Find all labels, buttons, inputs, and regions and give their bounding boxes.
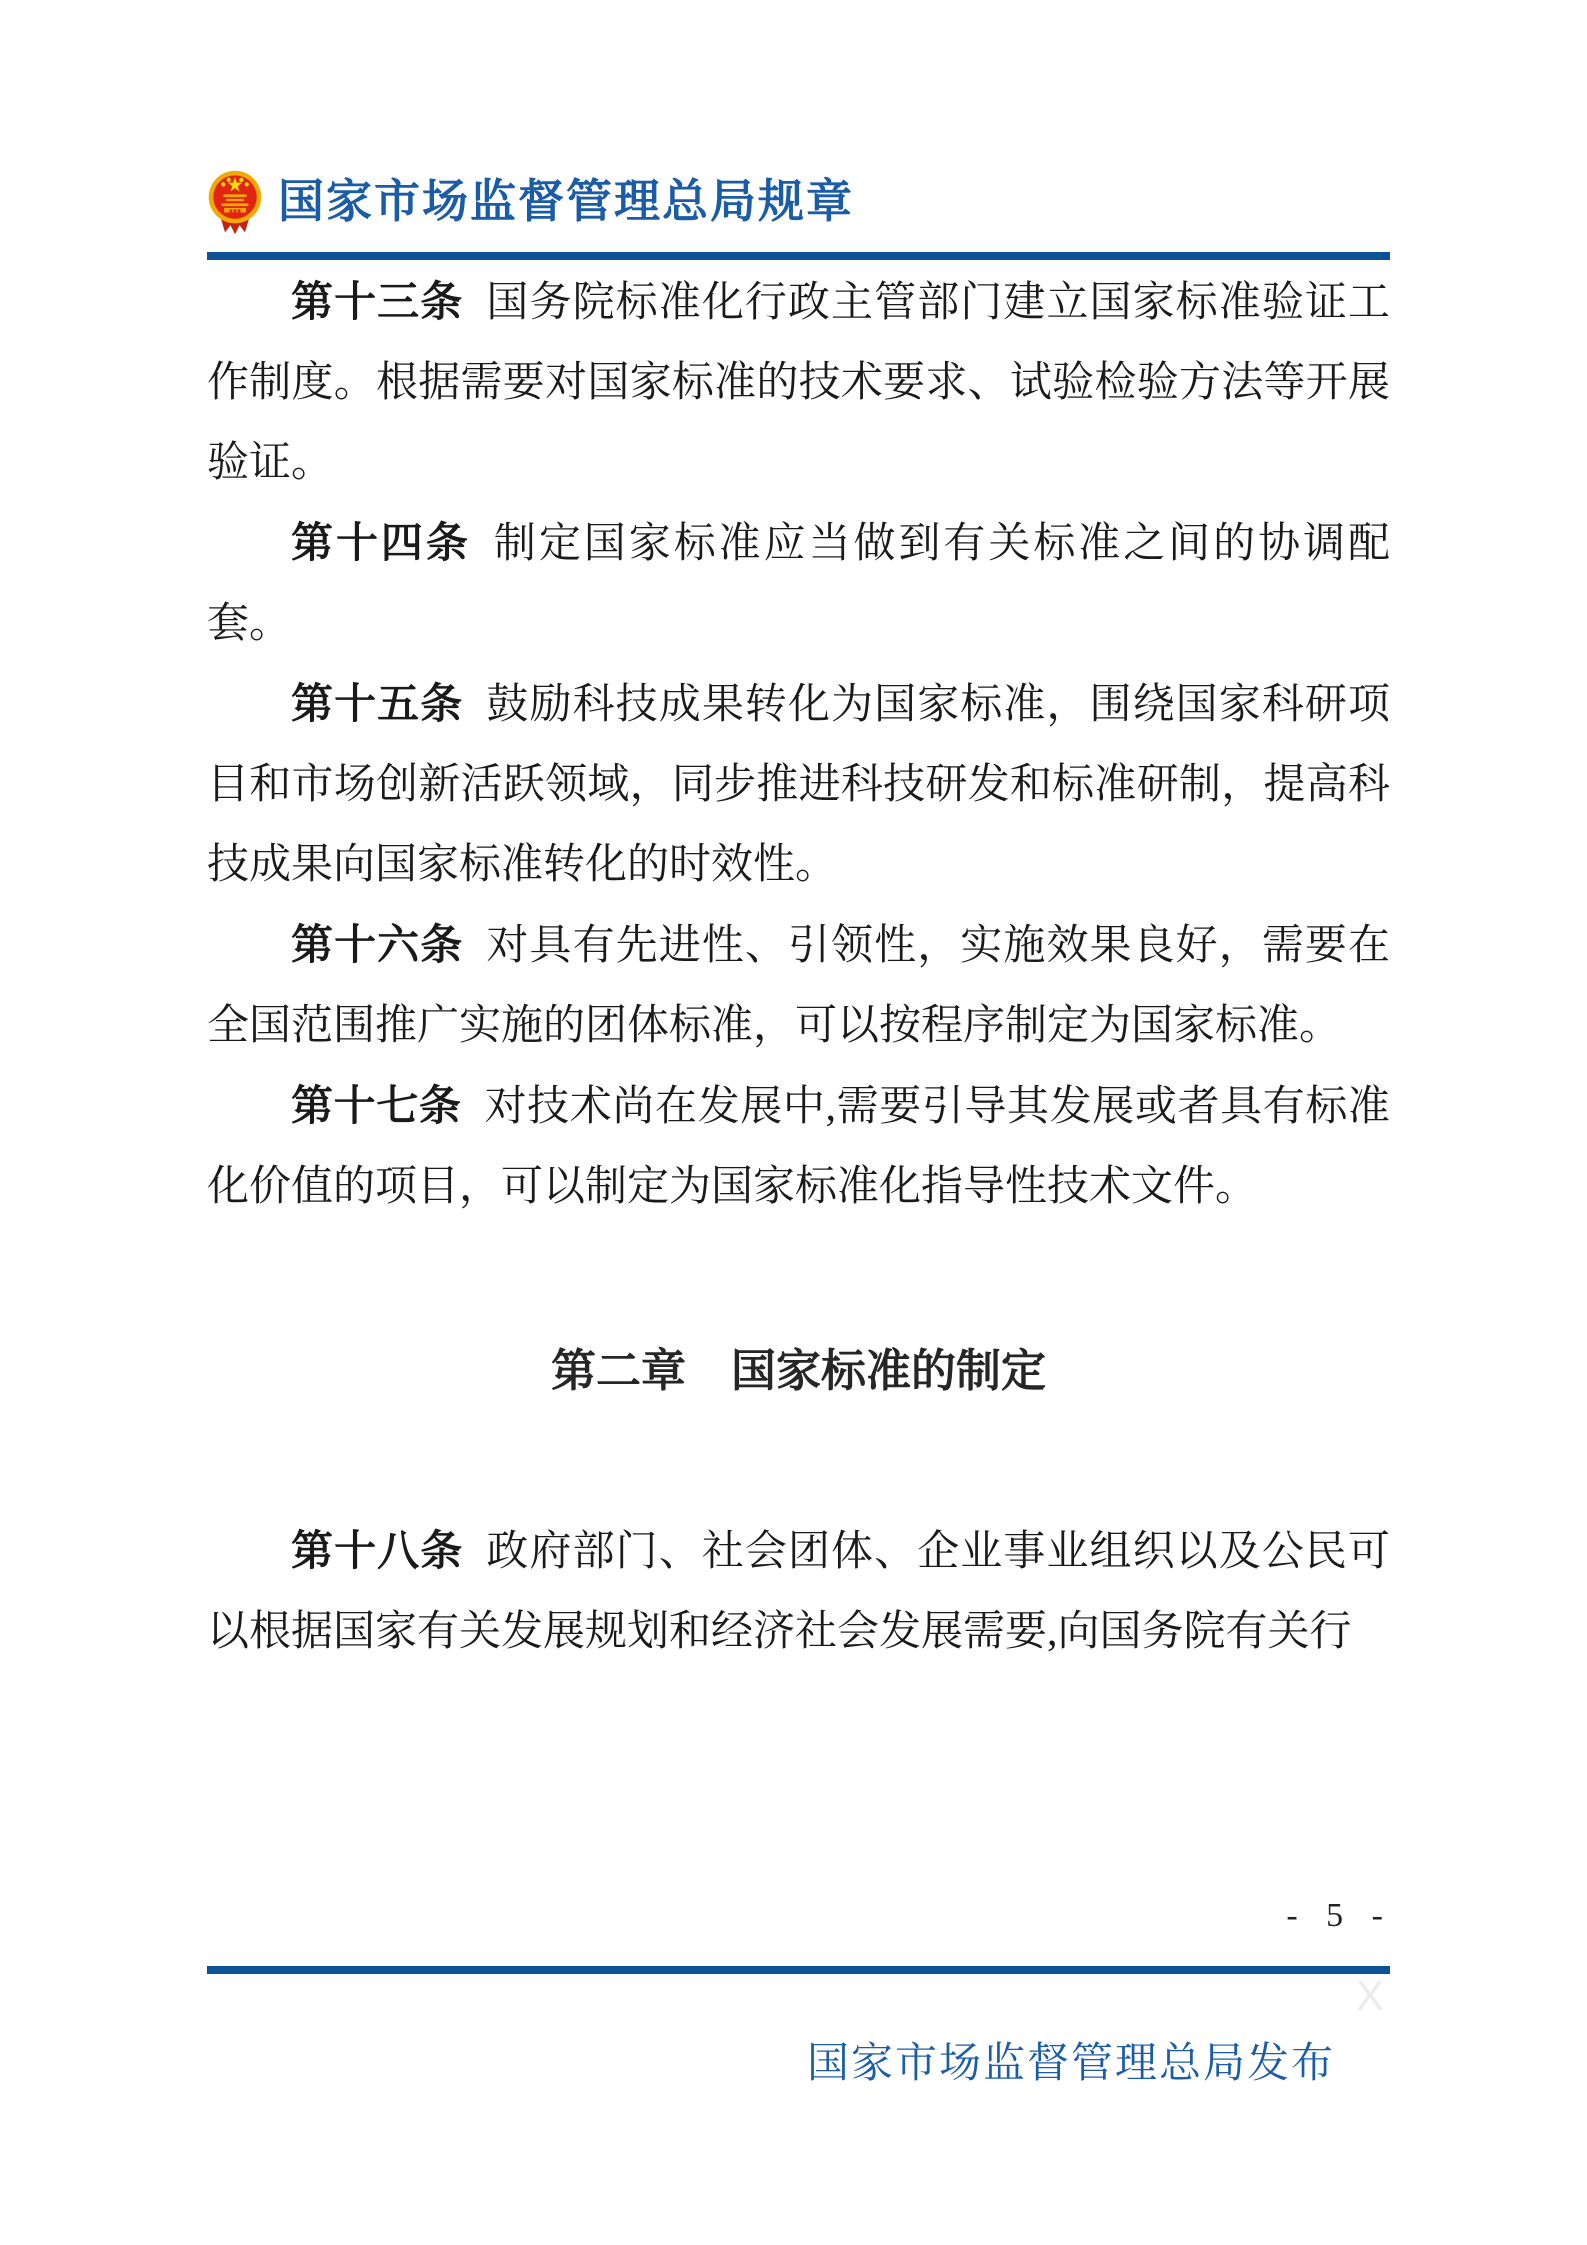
- article-14-paragraph: 第十四条制定国家标准应当做到有关标准之间的协调配套。: [207, 503, 1390, 664]
- article-18-paragraph: 第十八条政府部门、社会团体、企业事业组织以及公民可以根据国家有关发展规划和经济社…: [207, 1511, 1390, 1672]
- header-divider-line: [207, 252, 1390, 260]
- article-18-number: 第十八条: [291, 1527, 463, 1574]
- article-17-paragraph: 第十七条对技术尚在发展中,需要引导其发展或者具有标准化价值的项目，可以制定为国家…: [207, 1066, 1390, 1227]
- article-16-paragraph: 第十六条对具有先进性、引领性，实施效果良好，需要在全国范围推广实施的团体标准，可…: [207, 905, 1390, 1066]
- article-15-number: 第十五条: [291, 680, 463, 727]
- page-header: 国家市场监督管理总局规章: [206, 168, 854, 236]
- page-title: 国家市场监督管理总局规章: [278, 179, 854, 225]
- document-page: 国家市场监督管理总局规章 第十三条国务院标准化行政主管部门建立国家标准验证工作制…: [0, 0, 1587, 2245]
- footer-divider-line: [207, 1966, 1390, 1974]
- chapter-heading: 第二章 国家标准的制定: [207, 1331, 1390, 1411]
- page-number: - 5 -: [1286, 1897, 1393, 1935]
- document-body: 第十三条国务院标准化行政主管部门建立国家标准验证工作制度。根据需要对国家标准的技…: [207, 262, 1390, 1672]
- article-15-paragraph: 第十五条鼓励科技成果转化为国家标准，围绕国家科研项目和市场创新活跃领域，同步推进…: [207, 664, 1390, 905]
- article-13-number: 第十三条: [291, 278, 463, 325]
- article-17-number: 第十七条: [291, 1082, 461, 1129]
- national-emblem-icon: [206, 169, 264, 236]
- watermark-artifact: X: [1356, 1972, 1384, 2020]
- article-14-number: 第十四条: [291, 519, 471, 566]
- article-13-paragraph: 第十三条国务院标准化行政主管部门建立国家标准验证工作制度。根据需要对国家标准的技…: [207, 262, 1390, 503]
- article-16-number: 第十六条: [291, 921, 463, 968]
- publisher-line: 国家市场监督管理总局发布: [807, 2033, 1335, 2096]
